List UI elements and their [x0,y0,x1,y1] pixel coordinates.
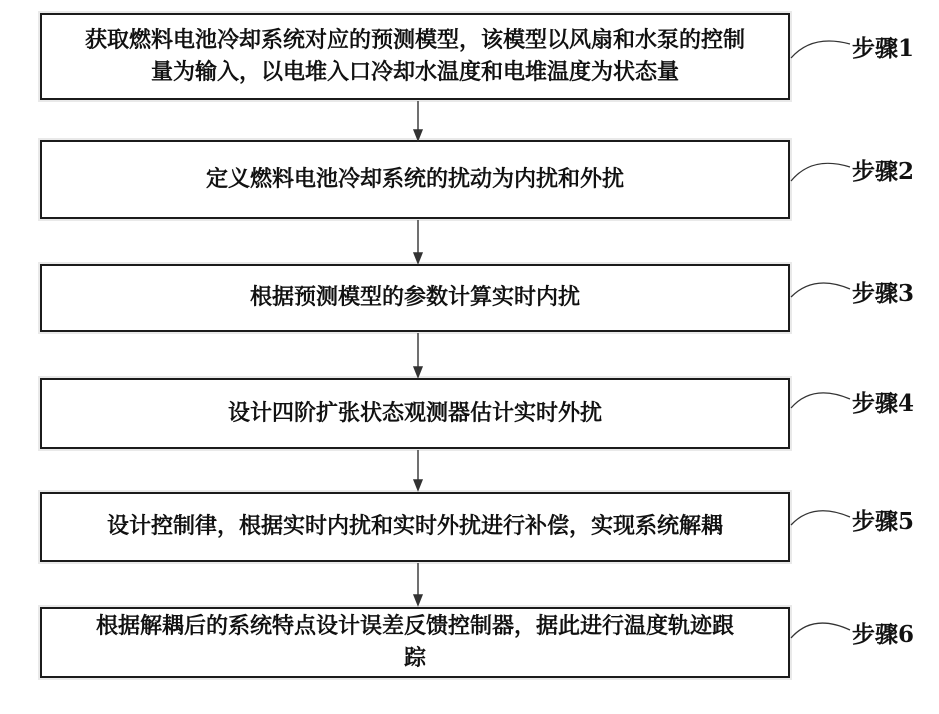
step-4-text: 设计四阶扩张状态观测器估计实时外扰 [228,398,602,430]
step-1-label: 步骤1 [852,30,934,63]
step-3-box: 根据预测模型的参数计算实时内扰 [40,264,790,332]
step-6-text: 根据解耦后的系统特点设计误差反馈控制器，据此进行温度轨迹跟 踪 [96,611,734,675]
step-6-box: 根据解耦后的系统特点设计误差反馈控制器，据此进行温度轨迹跟 踪 [40,607,790,678]
step-4-box: 设计四阶扩张状态观测器估计实时外扰 [40,378,790,449]
leader-line [791,41,850,638]
step-3-text: 根据预测模型的参数计算实时内扰 [250,282,580,314]
step-3-label: 步骤3 [852,275,934,308]
step-5-text: 设计控制律，根据实时内扰和实时外扰进行补偿，实现系统解耦 [107,511,723,543]
step-4-label: 步骤4 [852,385,934,418]
step-2-box: 定义燃料电池冷却系统的扰动为内扰和外扰 [40,140,790,219]
step-2-label: 步骤2 [852,153,934,186]
step-1-text: 获取燃料电池冷却系统对应的预测模型，该模型以风扇和水泵的控制 量为输入，以电堆入… [85,25,745,89]
step-2-text: 定义燃料电池冷却系统的扰动为内扰和外扰 [206,164,624,196]
step-1-box: 获取燃料电池冷却系统对应的预测模型，该模型以风扇和水泵的控制 量为输入，以电堆入… [40,13,790,100]
step-5-label: 步骤5 [852,503,934,536]
step-5-box: 设计控制律，根据实时内扰和实时外扰进行补偿，实现系统解耦 [40,492,790,562]
step-6-label: 步骤6 [852,616,934,649]
flowchart-figure: 获取燃料电池冷却系统对应的预测模型，该模型以风扇和水泵的控制 量为输入，以电堆入… [0,0,939,714]
